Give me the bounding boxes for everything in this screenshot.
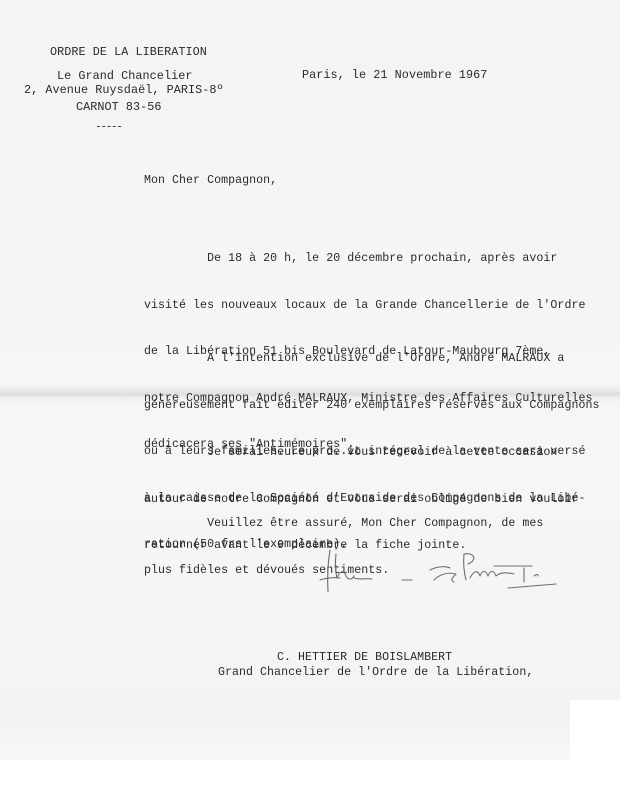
- letterhead-address: 2, Avenue Ruysdaël, PARIS-8º: [24, 82, 224, 98]
- paragraph-line: A l'intention exclusive de l'Ordre, Andr…: [144, 351, 599, 367]
- letterhead-phone: CARNOT 83-56: [76, 99, 162, 115]
- letterhead-separator: [97, 126, 121, 129]
- signatory-title: Grand Chancelier de l'Ordre de la Libéra…: [218, 665, 533, 681]
- date-line: Paris, le 21 Novembre 1967: [302, 67, 487, 83]
- signatory-name: C. HETTIER DE BOISLAMBERT: [277, 650, 452, 666]
- paragraph-line: visité les nouveaux locaux de la Grande …: [144, 298, 592, 314]
- scan-margin: [0, 760, 620, 800]
- handwritten-signature-icon: [318, 540, 580, 604]
- letterhead-organization: ORDRE DE LA LIBERATION: [50, 44, 207, 60]
- paragraph-line: Je serai heureux de vous recevoir à cett…: [144, 445, 578, 461]
- paragraph-line: généreusement fait éditer 240 exemplaire…: [144, 398, 599, 414]
- scan-margin-right: [570, 700, 620, 800]
- salutation: Mon Cher Compagnon,: [144, 173, 277, 189]
- paragraph-line: Veuillez être assuré, Mon Cher Compagnon…: [144, 516, 543, 532]
- paragraph-line: De 18 à 20 h, le 20 décembre prochain, a…: [144, 251, 592, 267]
